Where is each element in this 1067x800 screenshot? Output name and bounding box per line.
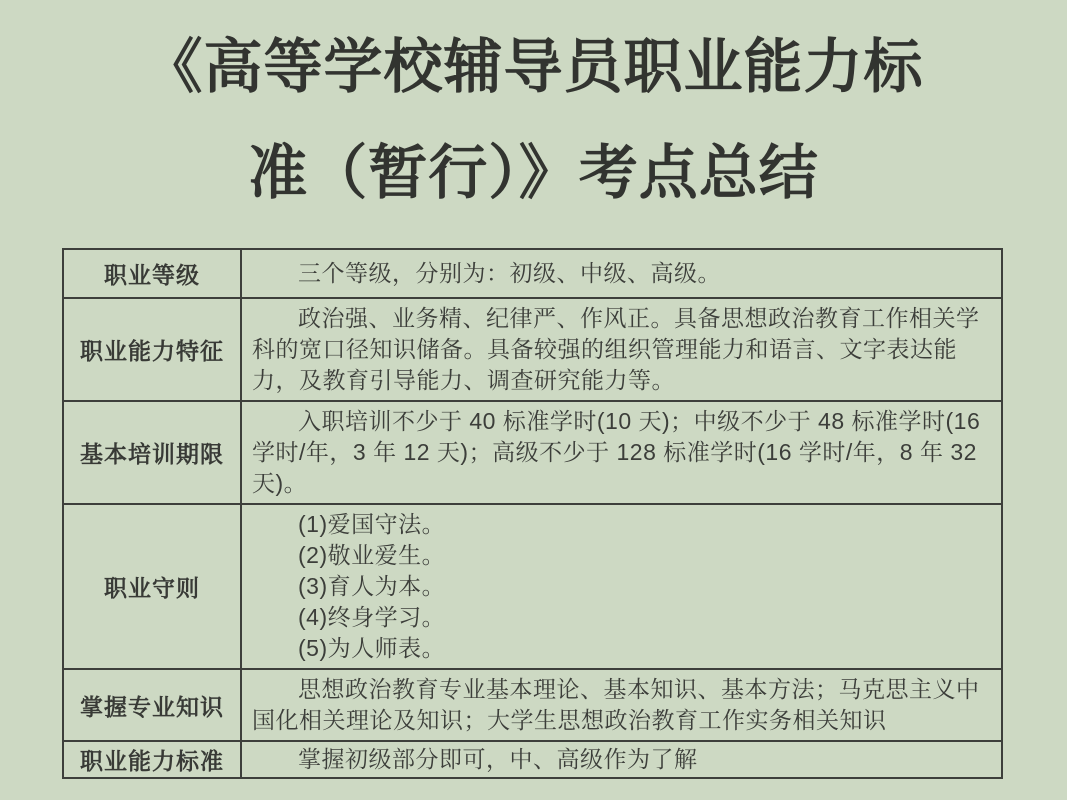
page-title: 《高等学校辅导员职业能力标 准（暂行）》考点总结 <box>0 0 1067 226</box>
row-content: 入职培训不少于 40 标准学时(10 天)；中级不少于 48 标准学时(16 学… <box>241 401 1002 504</box>
content-paragraph: 三个等级，分别为：初级、中级、高级。 <box>252 258 991 289</box>
table-row-professional-knowledge: 掌握专业知识 思想政治教育专业基本理论、基本知识、基本方法；马克思主义中国化相关… <box>63 669 1002 741</box>
table-row-professional-code: 职业守则 (1)爱国守法。 (2)敬业爱生。 (3)育人为本。 (4)终身学习。… <box>63 504 1002 669</box>
content-paragraph: 掌握初级部分即可，中、高级作为了解 <box>252 744 991 775</box>
row-label: 职业守则 <box>63 504 241 669</box>
row-content: 掌握初级部分即可，中、高级作为了解 <box>241 741 1002 778</box>
content-list-item-1: (1)爱国守法。 <box>252 509 991 540</box>
row-label: 基本培训期限 <box>63 401 241 504</box>
row-content: 政治强、业务精、纪律严、作风正。具备思想政治教育工作相关学科的宽口径知识储备。具… <box>241 298 1002 401</box>
row-label: 职业能力特征 <box>63 298 241 401</box>
notes-page: 《高等学校辅导员职业能力标 准（暂行）》考点总结 职业等级 三个等级，分别为：初… <box>0 0 1067 800</box>
content-list-item-5: (5)为人师表。 <box>252 633 991 664</box>
table-row-ability-traits: 职业能力特征 政治强、业务精、纪律严、作风正。具备思想政治教育工作相关学科的宽口… <box>63 298 1002 401</box>
page-title-line-2: 准（暂行）》考点总结 <box>0 120 1067 226</box>
row-label: 职业能力标准 <box>63 741 241 778</box>
content-list-item-2: (2)敬业爱生。 <box>252 540 991 571</box>
row-label: 职业等级 <box>63 249 241 298</box>
content-list-item-3: (3)育人为本。 <box>252 571 991 602</box>
page-title-line-1: 《高等学校辅导员职业能力标 <box>0 14 1067 120</box>
content-list-item-4: (4)终身学习。 <box>252 602 991 633</box>
row-content: (1)爱国守法。 (2)敬业爱生。 (3)育人为本。 (4)终身学习。 (5)为… <box>241 504 1002 669</box>
table-row-basic-training-period: 基本培训期限 入职培训不少于 40 标准学时(10 天)；中级不少于 48 标准… <box>63 401 1002 504</box>
row-label: 掌握专业知识 <box>63 669 241 741</box>
table-row-ability-standard: 职业能力标准 掌握初级部分即可，中、高级作为了解 <box>63 741 1002 778</box>
row-content: 思想政治教育专业基本理论、基本知识、基本方法；马克思主义中国化相关理论及知识；大… <box>241 669 1002 741</box>
table-row-occupation-level: 职业等级 三个等级，分别为：初级、中级、高级。 <box>63 249 1002 298</box>
content-paragraph: 入职培训不少于 40 标准学时(10 天)；中级不少于 48 标准学时(16 学… <box>252 406 991 499</box>
content-paragraph: 政治强、业务精、纪律严、作风正。具备思想政治教育工作相关学科的宽口径知识储备。具… <box>252 303 991 396</box>
row-content: 三个等级，分别为：初级、中级、高级。 <box>241 249 1002 298</box>
summary-table: 职业等级 三个等级，分别为：初级、中级、高级。 职业能力特征 政治强、业务精、纪… <box>62 248 1003 779</box>
content-paragraph: 思想政治教育专业基本理论、基本知识、基本方法；马克思主义中国化相关理论及知识；大… <box>252 674 991 736</box>
